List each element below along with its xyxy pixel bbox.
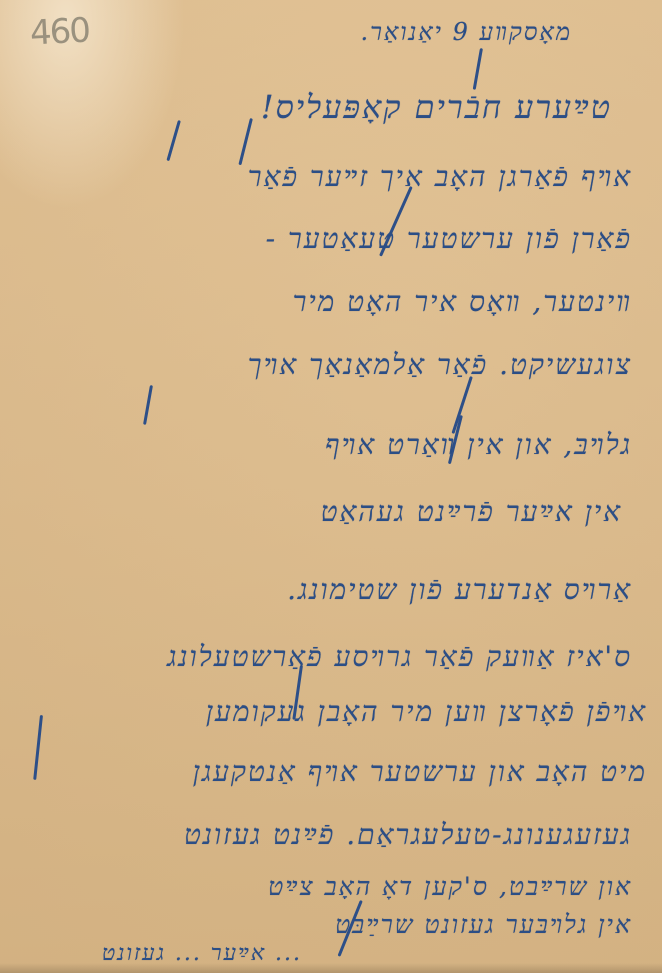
text-line: געזעגענונג-טעלעגראַם. פֿײַנט געזונט xyxy=(184,818,632,852)
postcard: 460 מאָסקװע 9 יאַנואַר. טײַערע חבֿרים קא… xyxy=(0,0,662,973)
pen-stroke xyxy=(166,120,180,161)
text-line: װינטער, װאָס איר האָט מיר xyxy=(293,285,632,319)
pen-stroke xyxy=(143,385,153,425)
text-line: פֿאַרן פֿון ערשטער טעאַטער - xyxy=(266,222,632,256)
text-line: אױף פֿאַרגן האָב איך זײער פֿאַר xyxy=(248,160,632,194)
text-line: אַרױס אַנדערע פֿון שטימונג. xyxy=(287,573,632,607)
text-line: אין גלױבּער געזונט שרײַבּט xyxy=(335,910,632,940)
pen-stroke xyxy=(33,715,43,780)
text-line: צוגעשיקט. פֿאַר אַלמאַנאַך אױך xyxy=(248,348,632,382)
pen-stroke xyxy=(451,376,472,434)
pen-stroke xyxy=(238,118,253,165)
text-line: און שרײַבט, ס'קען דאָ האָב צײַט xyxy=(268,872,632,902)
text-line: אױפֿן פֿאָרצן װען מיר האָבן געקומען xyxy=(206,695,647,729)
text-line: ס'איז אַװעק פֿאַר גרױסע פֿאַרשטעלונג xyxy=(167,640,632,674)
pen-stroke xyxy=(473,48,483,90)
date-line: מאָסקװע 9 יאַנואַר. xyxy=(361,18,573,47)
closing-line: ... אײַער ... געזונט xyxy=(102,940,302,966)
archive-number: 460 xyxy=(29,10,90,53)
text-line: גלױבּ, און אין װאַרט אױף xyxy=(325,428,632,462)
salutation: טײַערע חבֿרים קאָפּעליס! xyxy=(261,88,612,126)
text-line: מיט האָב און ערשטער אױף אַנטקעגן xyxy=(193,755,647,789)
text-line: אין אײַער פֿרײַנט געהאַט xyxy=(321,495,622,529)
